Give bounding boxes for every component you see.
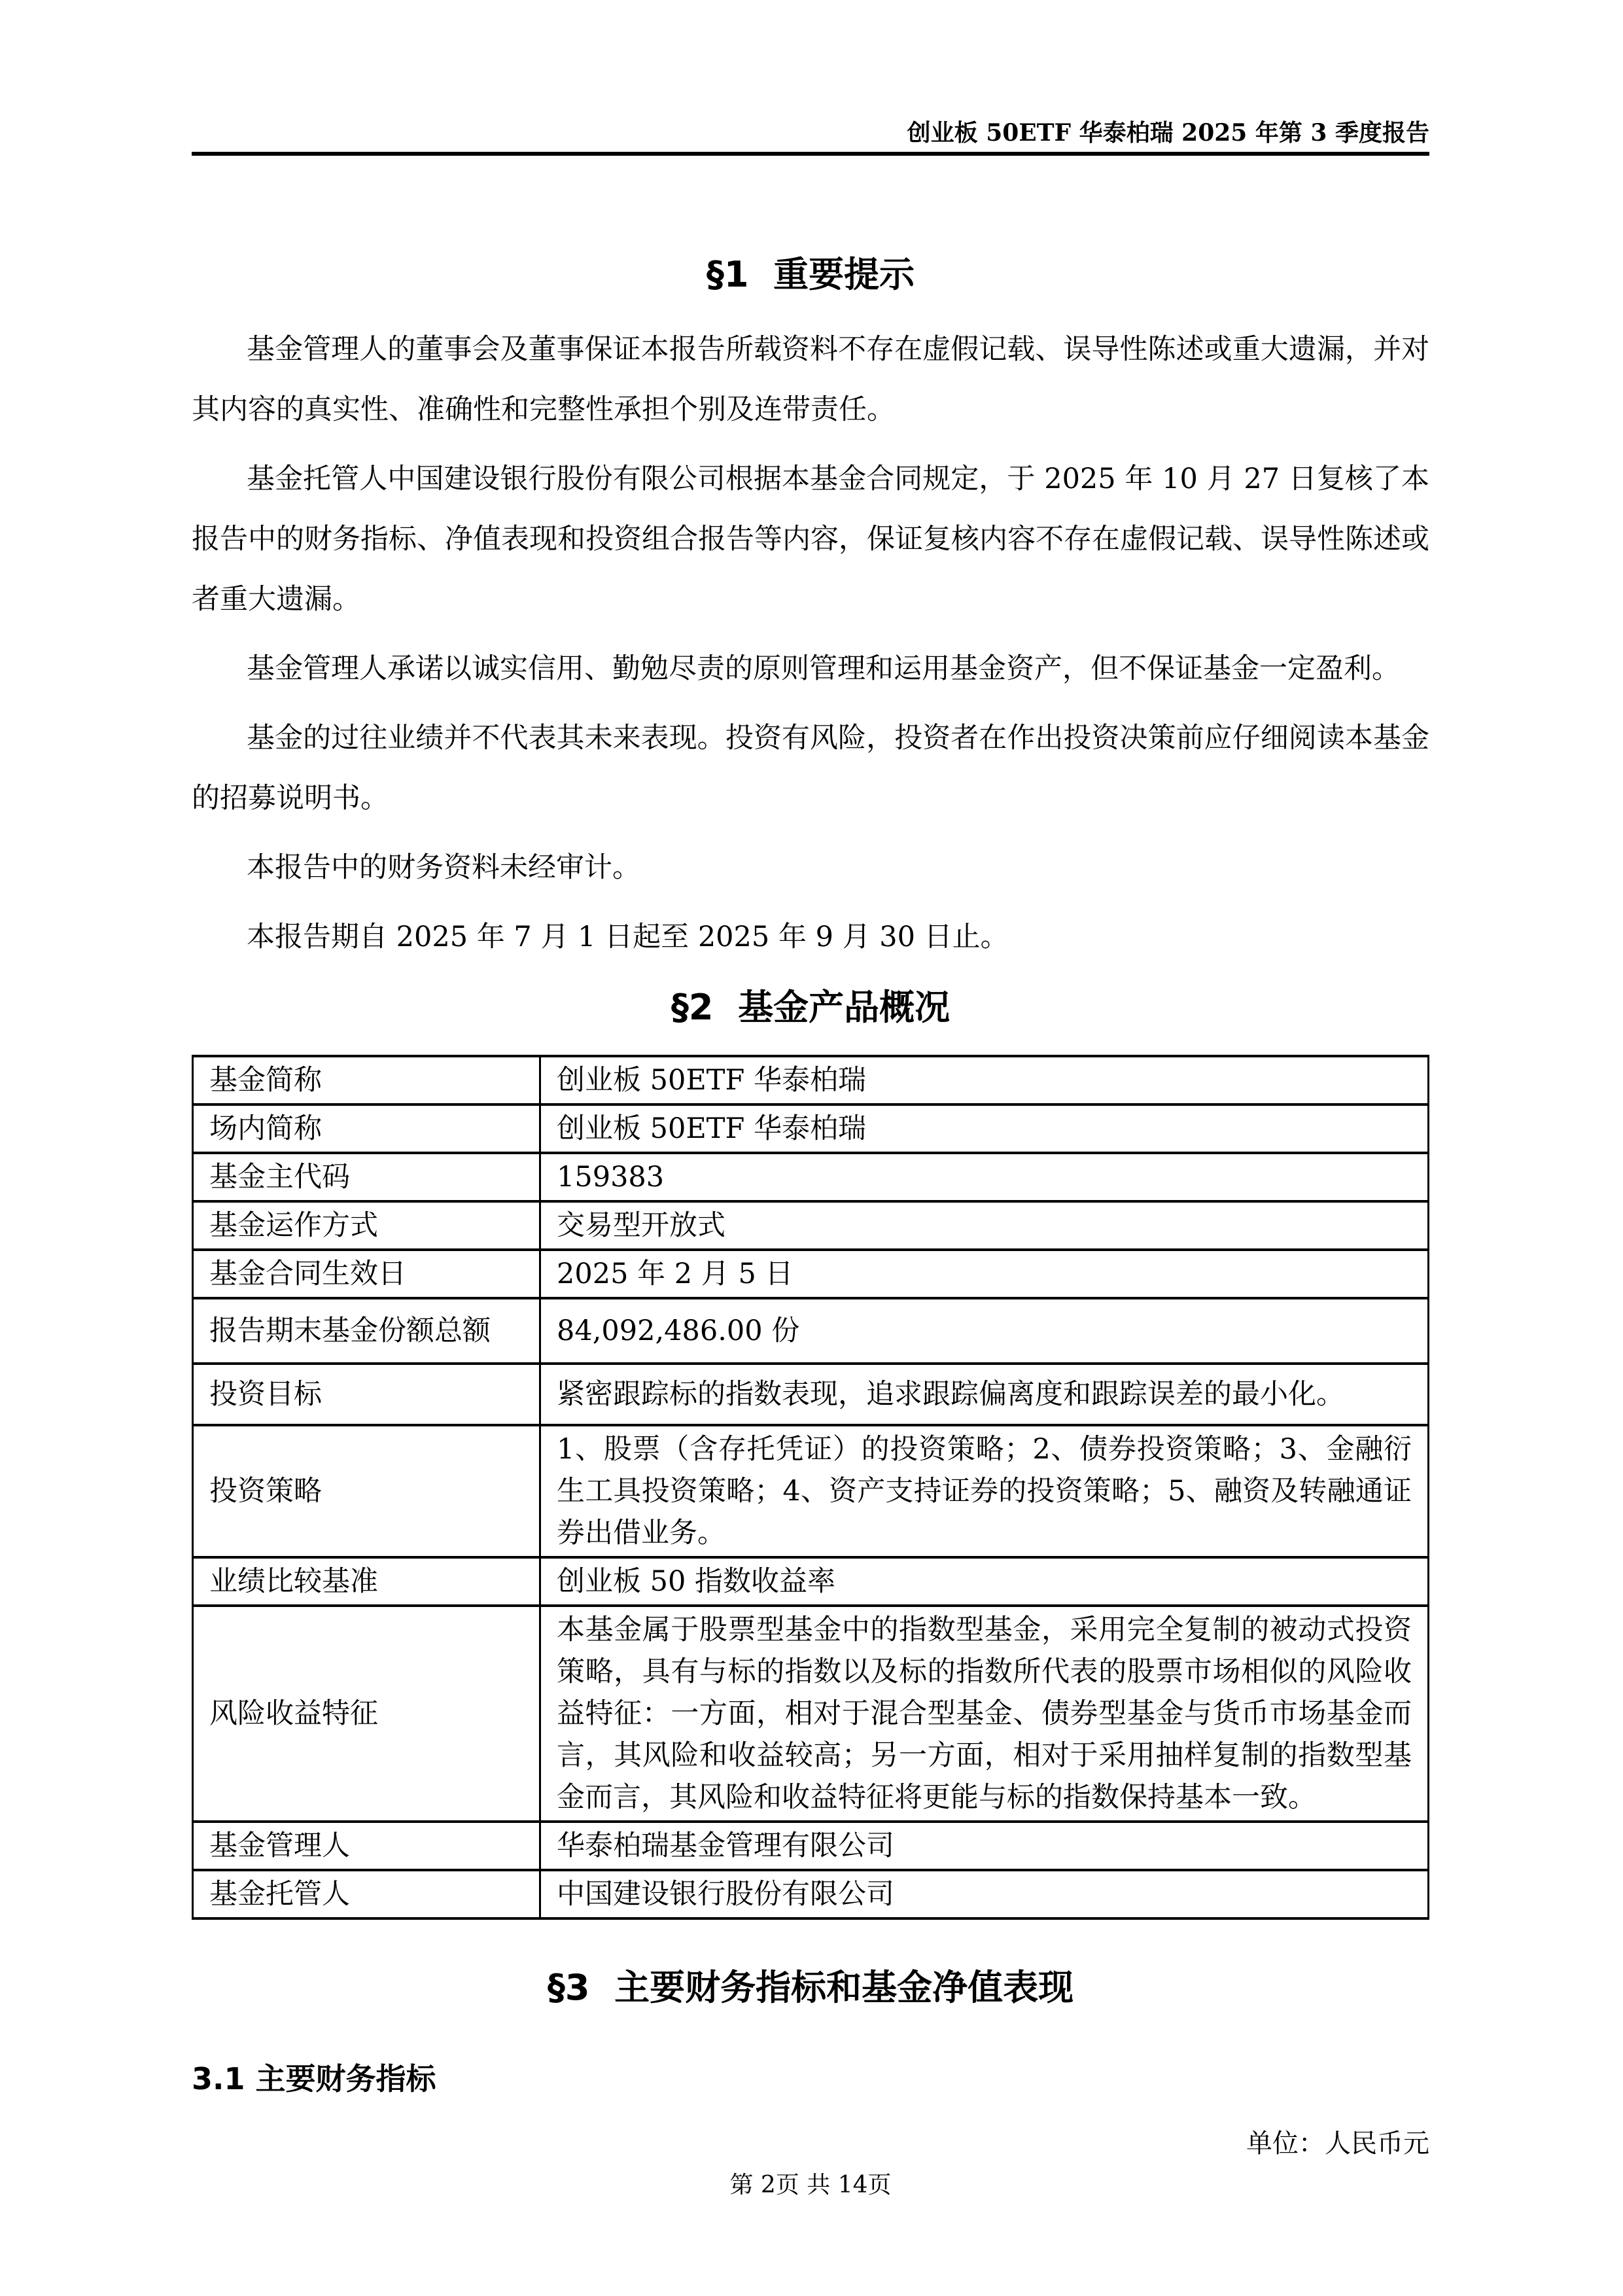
table-row-risk-return-profile: 风险收益特征 本基金属于股票型基金中的指数型基金，采用完全复制的被动式投资策略，…: [193, 1606, 1429, 1822]
table-row-benchmark: 业绩比较基准 创业板 50 指数收益率: [193, 1557, 1429, 1606]
table-row-fund-manager: 基金管理人 华泰柏瑞基金管理有限公司: [193, 1822, 1429, 1870]
row-value: 2025 年 2 月 5 日: [540, 1250, 1429, 1298]
table-row-investment-objective: 投资目标 紧密跟踪标的指数表现，追求跟踪偏离度和跟踪误差的最小化。: [193, 1364, 1429, 1425]
row-label: 基金主代码: [193, 1153, 540, 1201]
row-value: 84,092,486.00 份: [540, 1298, 1429, 1364]
row-value: 创业板 50 指数收益率: [540, 1557, 1429, 1606]
section1-heading: §1 重要提示: [192, 254, 1429, 296]
row-label: 投资策略: [193, 1425, 540, 1557]
row-label: 投资目标: [193, 1364, 540, 1425]
row-label: 报告期末基金份额总额: [193, 1298, 540, 1364]
section3-subheading: 3.1 主要财务指标: [192, 2061, 1429, 2096]
unit-note: 单位：人民币元: [192, 2128, 1429, 2159]
section3-heading: §3 主要财务指标和基金净值表现: [192, 1967, 1429, 2009]
row-value: 交易型开放式: [540, 1201, 1429, 1250]
row-label: 场内简称: [193, 1104, 540, 1153]
row-value: 1、股票（含存托凭证）的投资策略；2、债券投资策略；3、金融衍生工具投资策略；4…: [540, 1425, 1429, 1557]
row-value: 159383: [540, 1153, 1429, 1201]
table-row-investment-strategy: 投资策略 1、股票（含存托凭证）的投资策略；2、债券投资策略；3、金融衍生工具投…: [193, 1425, 1429, 1557]
fund-overview-table: 基金简称 创业板 50ETF 华泰柏瑞 场内简称 创业板 50ETF 华泰柏瑞 …: [192, 1055, 1429, 1920]
row-label: 基金运作方式: [193, 1201, 540, 1250]
report-title: 创业板 50ETF 华泰柏瑞 2025 年第 3 季度报告: [192, 119, 1429, 147]
row-value: 华泰柏瑞基金管理有限公司: [540, 1822, 1429, 1870]
paragraph-disclaimer-board: 基金管理人的董事会及董事保证本报告所载资料不存在虚假记载、误导性陈述或重大遗漏，…: [192, 319, 1429, 440]
row-label: 风险收益特征: [193, 1606, 540, 1822]
paragraph-manager-promise: 基金管理人承诺以诚实信用、勤勉尽责的原则管理和运用基金资产，但不保证基金一定盈利…: [192, 639, 1429, 699]
paragraph-custodian-review: 基金托管人中国建设银行股份有限公司根据本基金合同规定，于 2025 年 10 月…: [192, 449, 1429, 629]
row-value: 中国建设银行股份有限公司: [540, 1870, 1429, 1918]
row-label: 基金管理人: [193, 1822, 540, 1870]
row-label: 业绩比较基准: [193, 1557, 540, 1606]
row-value: 本基金属于股票型基金中的指数型基金，采用完全复制的被动式投资策略，具有与标的指数…: [540, 1606, 1429, 1822]
row-value: 紧密跟踪标的指数表现，追求跟踪偏离度和跟踪误差的最小化。: [540, 1364, 1429, 1425]
table-row-exchange-short-name: 场内简称 创业板 50ETF 华泰柏瑞: [193, 1104, 1429, 1153]
table-row-fund-code: 基金主代码 159383: [193, 1153, 1429, 1201]
paragraph-past-performance: 基金的过往业绩并不代表其未来表现。投资有风险，投资者在作出投资决策前应仔细阅读本…: [192, 708, 1429, 828]
report-page: 创业板 50ETF 华泰柏瑞 2025 年第 3 季度报告 §1 重要提示 基金…: [0, 0, 1623, 2296]
row-value: 创业板 50ETF 华泰柏瑞: [540, 1104, 1429, 1153]
section2-heading: §2 基金产品概况: [192, 987, 1429, 1029]
row-label: 基金合同生效日: [193, 1250, 540, 1298]
table-row-operation-mode: 基金运作方式 交易型开放式: [193, 1201, 1429, 1250]
table-row-total-shares: 报告期末基金份额总额 84,092,486.00 份: [193, 1298, 1429, 1364]
table-row-contract-effective-date: 基金合同生效日 2025 年 2 月 5 日: [193, 1250, 1429, 1298]
page-footer: 第 2页 共 14页: [192, 2171, 1429, 2200]
row-label: 基金简称: [193, 1056, 540, 1104]
table-row-fund-custodian: 基金托管人 中国建设银行股份有限公司: [193, 1870, 1429, 1918]
table-row-fund-short-name: 基金简称 创业板 50ETF 华泰柏瑞: [193, 1056, 1429, 1104]
row-label: 基金托管人: [193, 1870, 540, 1918]
paragraph-unaudited: 本报告中的财务资料未经审计。: [192, 838, 1429, 898]
page-header: 创业板 50ETF 华泰柏瑞 2025 年第 3 季度报告: [192, 0, 1429, 156]
row-value: 创业板 50ETF 华泰柏瑞: [540, 1056, 1429, 1104]
paragraph-report-period: 本报告期自 2025 年 7 月 1 日起至 2025 年 9 月 30 日止。: [192, 907, 1429, 967]
